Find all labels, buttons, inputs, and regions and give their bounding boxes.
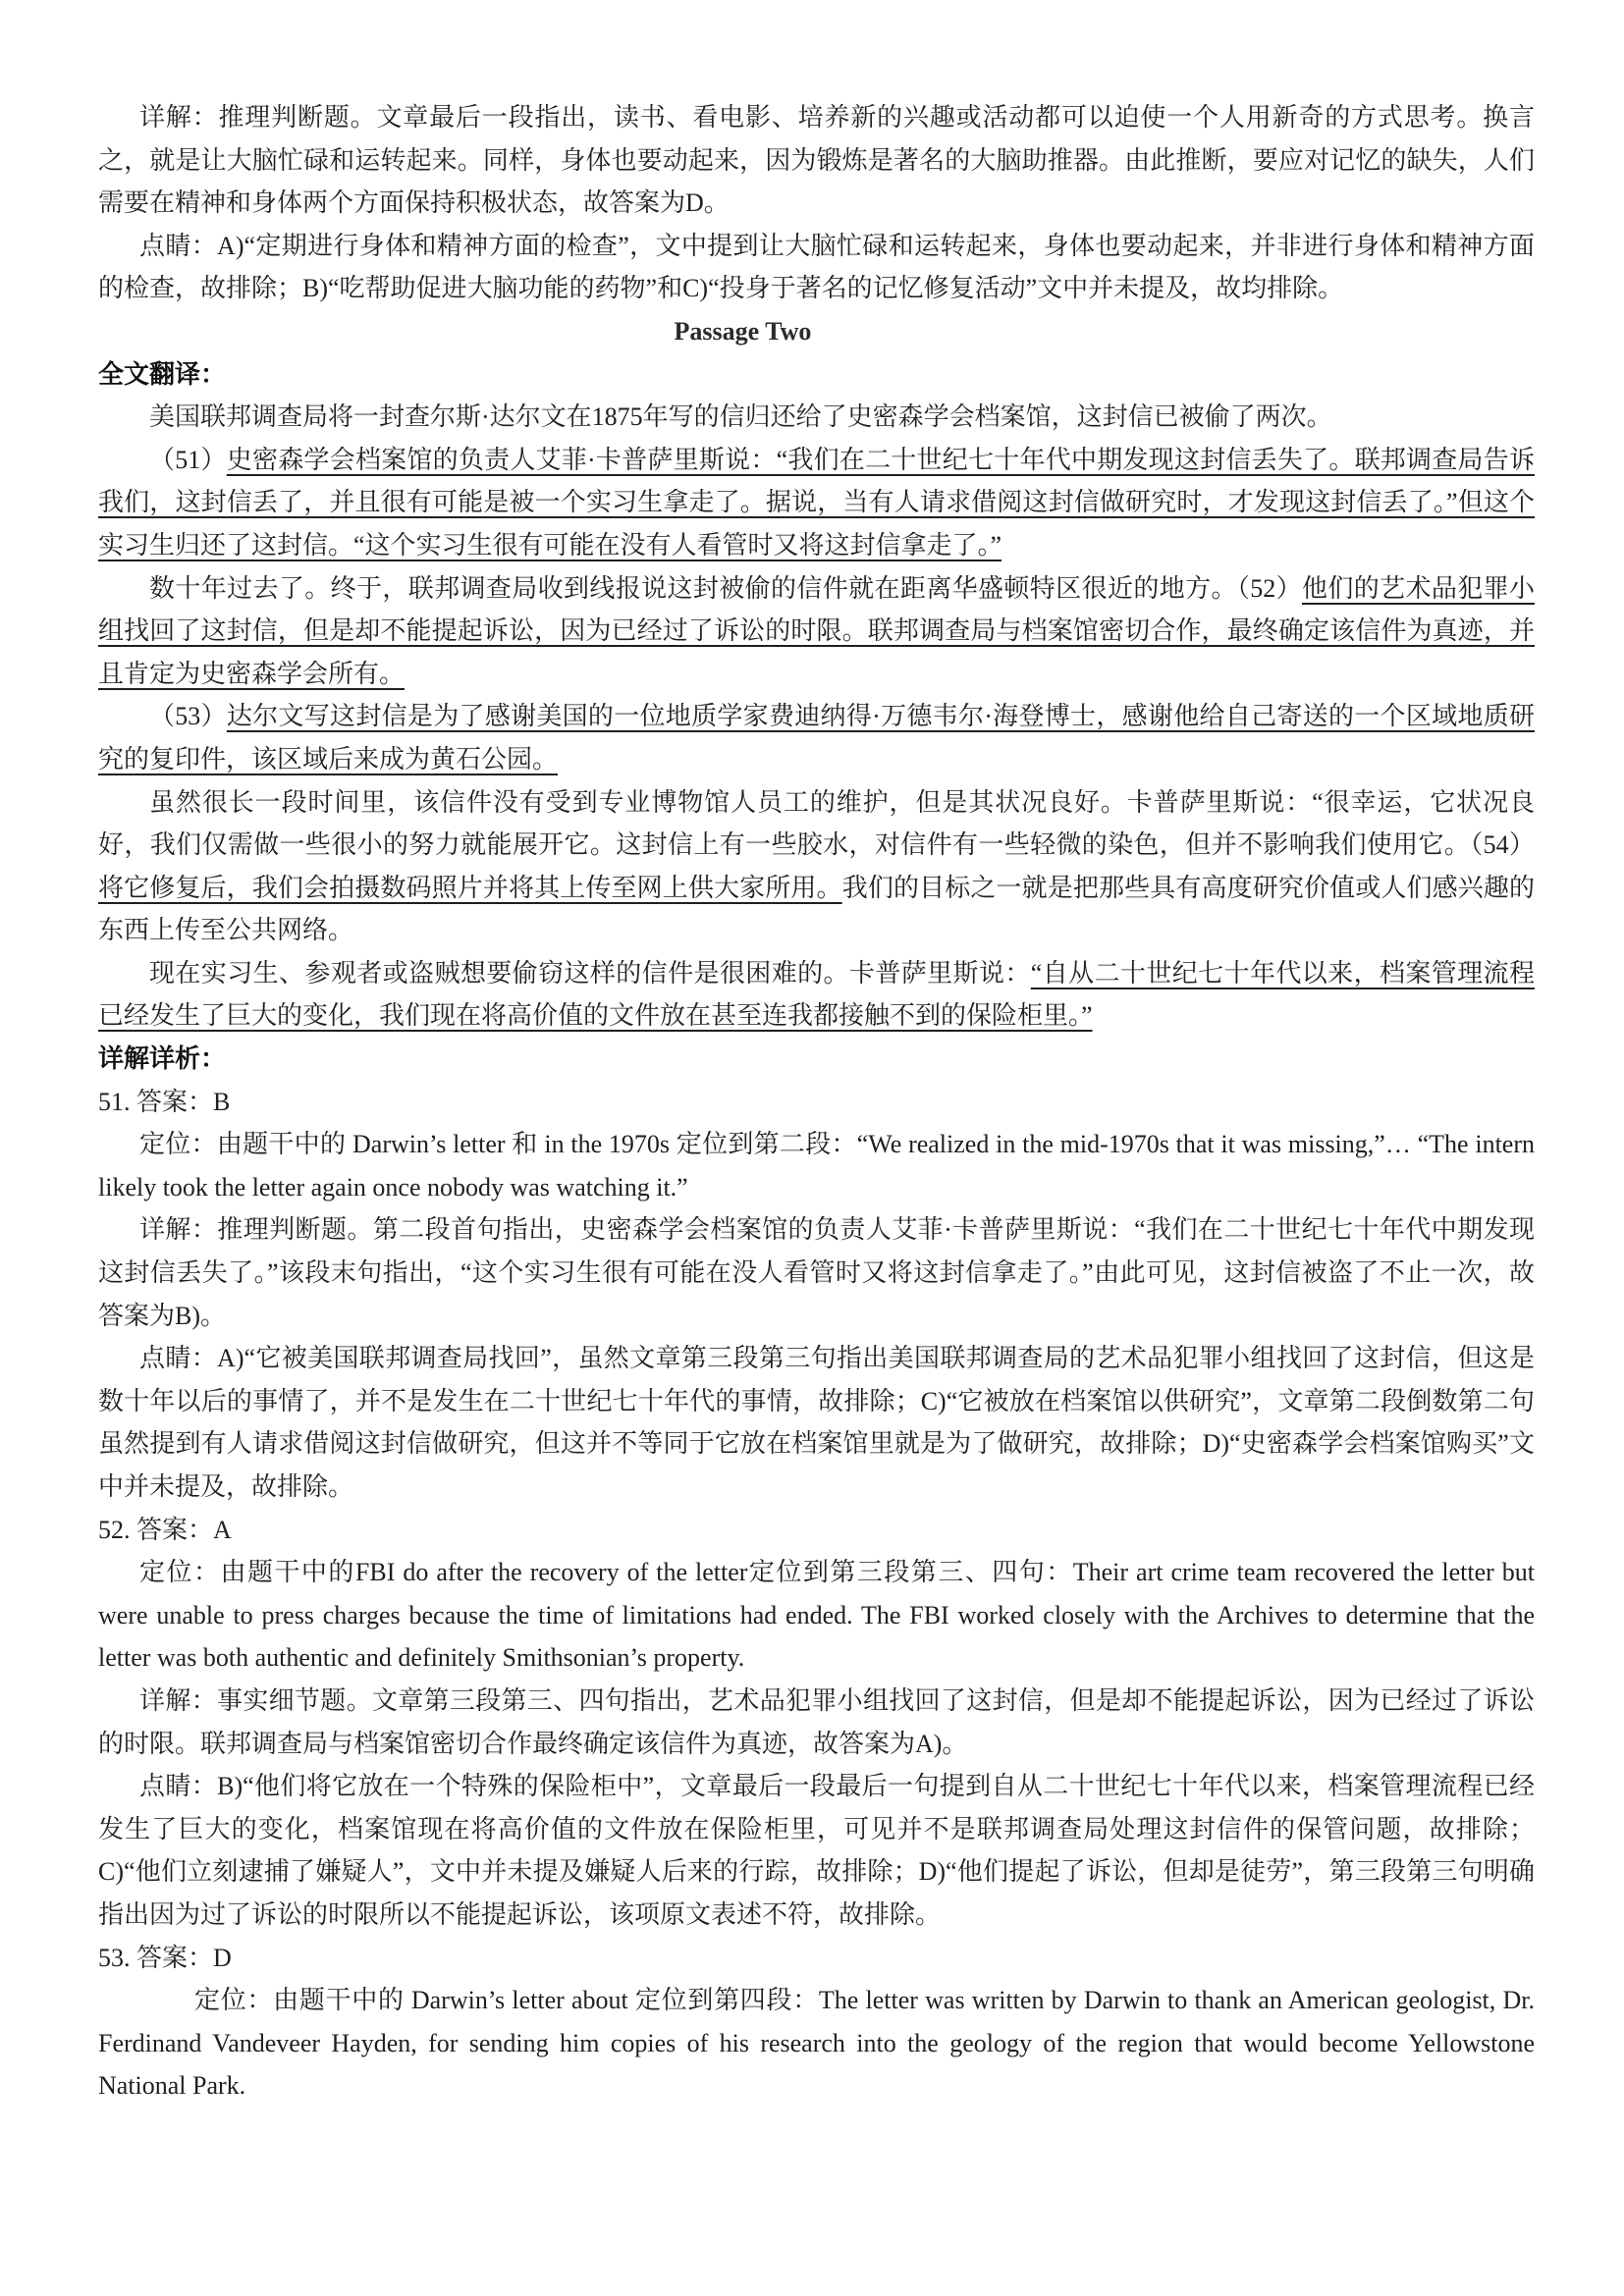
translation-text: （51） [149, 446, 227, 474]
answer-line: 52. 答案：A [98, 1509, 1535, 1552]
locate-paragraph: 定位：由题干中的 Darwin’s letter about 定位到第四段：Th… [98, 1979, 1535, 2108]
translation-paragraph: 数十年过去了。终于，联邦调查局收到线报说这封被偷的信件就在距离华盛顿特区很近的地… [98, 567, 1535, 696]
translation-paragraph: （53）达尔文写这封信是为了感谢美国的一位地质学家费迪纳得·万德韦尔·海登博士，… [98, 695, 1535, 780]
translation-text: 现在实习生、参观者或盗贼想要偷窃这样的信件是很困难的。卡普萨里斯说： [149, 959, 1031, 988]
question-51: 51. 答案：B 定位：由题干中的 Darwin’s letter 和 in t… [98, 1081, 1535, 1509]
detail-paragraph: 详解：推理判断题。第二段首句指出，史密森学会档案馆的负责人艾菲·卡普萨里斯说：“… [98, 1208, 1535, 1337]
passage-title: Passage Two [98, 310, 1535, 353]
translation-paragraph: 现在实习生、参观者或盗贼想要偷窃这样的信件是很困难的。卡普萨里斯说：“自从二十世… [98, 952, 1535, 1038]
tip-paragraph: 点睛：B)“他们将它放在一个特殊的保险柜中”，文章最后一段最后一句提到自从二十世… [98, 1765, 1535, 1936]
translation-paragraph: 美国联邦调查局将一封查尔斯·达尔文在1875年写的信归还给了史密森学会档案馆，这… [98, 396, 1535, 439]
locate-paragraph: 定位：由题干中的FBI do after the recovery of the… [98, 1551, 1535, 1680]
question-52: 52. 答案：A 定位：由题干中的FBI do after the recove… [98, 1509, 1535, 1937]
answer-line: 51. 答案：B [98, 1081, 1535, 1124]
translation-paragraph: （51）史密森学会档案馆的负责人艾菲·卡普萨里斯说：“我们在二十世纪七十年代中期… [98, 439, 1535, 567]
tip-paragraph: 点睛：A)“它被美国联邦调查局找回”，虽然文章第三段第三句指出美国联邦调查局的艺… [98, 1337, 1535, 1508]
answer-value: 答案：A [136, 1516, 232, 1544]
question-53: 53. 答案：D 定位：由题干中的 Darwin’s letter about … [98, 1937, 1535, 2108]
answer-value: 答案：D [136, 1944, 232, 1972]
underlined-key-sentence: 达尔文写这封信是为了感谢美国的一位地质学家费迪纳得·万德韦尔·海登博士，感谢他给… [98, 702, 1535, 774]
question-number: 51. [98, 1088, 131, 1116]
document-page: 详解：推理判断题。文章最后一段指出，读书、看电影、培养新的兴趣或活动都可以迫使一… [98, 96, 1535, 2108]
translation-text: （53） [149, 702, 227, 730]
question-number: 53. [98, 1944, 131, 1972]
question-number: 52. [98, 1516, 131, 1544]
translation-text: 数十年过去了。终于，联邦调查局收到线报说这封被偷的信件就在距离华盛顿特区很近的地… [149, 574, 1302, 603]
answer-value: 答案：B [136, 1088, 230, 1116]
locate-paragraph: 定位：由题干中的 Darwin’s letter 和 in the 1970s … [98, 1123, 1535, 1208]
prev-detail-paragraph: 详解：推理判断题。文章最后一段指出，读书、看电影、培养新的兴趣或活动都可以迫使一… [98, 96, 1535, 225]
answer-line: 53. 答案：D [98, 1937, 1535, 1980]
translation-label: 全文翻译： [98, 353, 1535, 397]
detail-paragraph: 详解：事实细节题。文章第三段第三、四句指出，艺术品犯罪小组找回了这封信，但是却不… [98, 1680, 1535, 1765]
prev-tip-paragraph: 点睛：A)“定期进行身体和精神方面的检查”，文中提到让大脑忙碌和运转起来，身体也… [98, 225, 1535, 310]
translation-text: 美国联邦调查局将一封查尔斯·达尔文在1875年写的信归还给了史密森学会档案馆，这… [149, 402, 1332, 431]
analysis-label: 详解详析： [98, 1038, 1535, 1081]
translation-paragraph: 虽然很长一段时间里，该信件没有受到专业博物馆人员工的维护，但是其状况良好。卡普萨… [98, 781, 1535, 952]
underlined-key-sentence: 将它修复后，我们会拍摄数码照片并将其上传至网上供大家所用。 [98, 874, 842, 902]
translation-text: 虽然很长一段时间里，该信件没有受到专业博物馆人员工的维护，但是其状况良好。卡普萨… [98, 788, 1535, 860]
underlined-key-sentence: 史密森学会档案馆的负责人艾菲·卡普萨里斯说：“我们在二十世纪七十年代中期发现这封… [98, 446, 1535, 560]
translation-body: 美国联邦调查局将一封查尔斯·达尔文在1875年写的信归还给了史密森学会档案馆，这… [98, 396, 1535, 1038]
